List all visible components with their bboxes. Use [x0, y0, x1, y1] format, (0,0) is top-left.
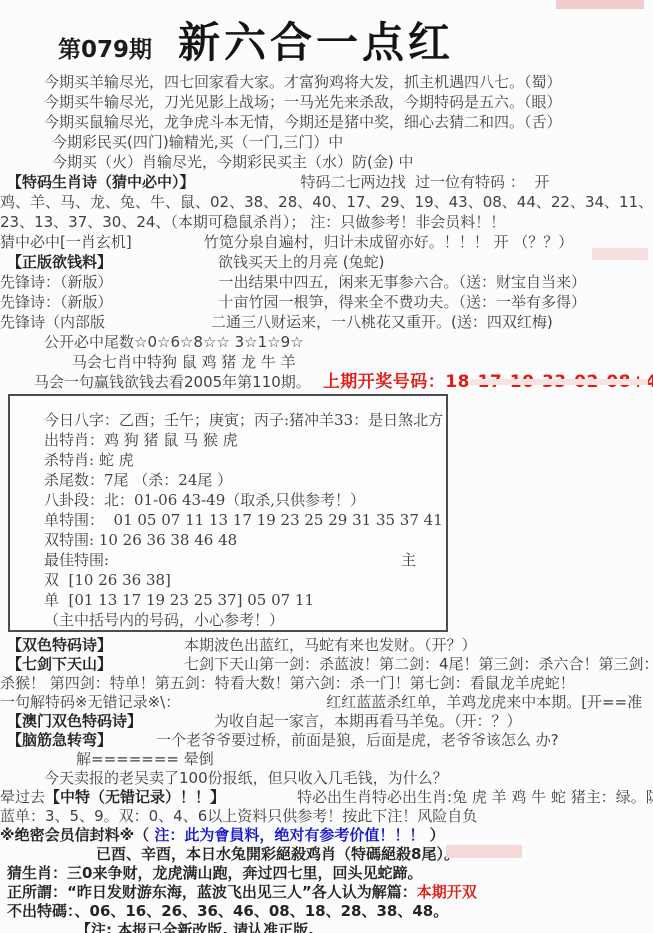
text-segment: 杀猴！ 第四剑：特单！第五剑：特看大数！第六剑：杀一门！第七剑：看鼠龙羊虎蛇！: [0, 674, 575, 692]
text-segment: 一出结果中四五，闲来无事参六合。（送：财宝自当来）: [219, 273, 587, 291]
seven-swords-header: 【七剑下天山】七剑下天山第一剑：杀蓝波！第二剑：4尾！第三剑：杀六合！第三剑：: [0, 655, 653, 674]
edition-note-line: 【注: 本报已全新改版, 请认准正版,: [0, 921, 653, 933]
text-segment: 今天卖报的老吴卖了100份报纸，但只收入几毛钱，为什么？: [44, 769, 448, 787]
kill-tail-number: 杀尾数：7尾 （杀：24尾 ）: [44, 470, 446, 490]
text-segment: 红红蓝蓝杀红单，羊鸡龙虎来中本期。[开==准: [326, 693, 642, 711]
text-segment: 特码二七两边找 过一位有特码 ： 开: [301, 173, 550, 191]
best-special-range: 最佳特围:主: [44, 550, 446, 570]
text-segment: 一个老爷爷要过桥，前面是狼，后面是虎，老爷爷该怎么 办?: [156, 731, 559, 749]
main-marker: 主: [401, 550, 416, 570]
vanguard-poem-3: 先锋诗（内部版二通三八财运来，一八桃花又重开。(送：四双红梅): [0, 312, 653, 332]
this-issue-even: 本期开双: [417, 883, 477, 901]
text-segment: 八卦段：北：01-06 43-49（取杀,只供参考！）: [44, 491, 365, 509]
so-called-line: 正所謂：“昨日发财游东海，蓝波飞出见三人”各人认为解篇：本期开双: [0, 883, 653, 902]
element-tip-line: 今期买（火）肖输尽光，今期彩民买主（水）防(金) 中: [0, 152, 653, 172]
text-segment: 猜中必中[一肖玄机]: [0, 233, 132, 251]
text-segment: 先锋诗（内部版: [0, 313, 105, 331]
kill-rooster-line: 已酉、辛酉，本日水兔開彩絕殺鸡肖（特碼絕殺8尾）。: [0, 845, 653, 864]
brain-teaser-header: 【脑筋急转弯】一个老爷爷要过桥，前面是狼，后面是虎，老爷爷该怎么 办?: [0, 731, 653, 750]
seven-swords-continued: 杀猴！ 第四剑：特单！第五剑：特看大数！第六剑：杀一门！第七剑：看鼠龙羊虎蛇！: [0, 674, 653, 693]
one-zodiac-mystery-line: 猜中必中[一肖玄机]竹笕分泉自遍村，归计未成留亦好。！！！ 开 （？？）: [0, 232, 653, 252]
text-segment: 今期买（火）肖输尽光，今期彩民买主（水）防(金) 中: [52, 153, 413, 171]
text-segment: 23、13、37、30、24、（本期可稳鼠杀肖）； 注：只做参考！非会员料！！: [0, 213, 505, 231]
odd-pick-line: 单 [01 13 17 19 23 25 37] 05 07 11: [44, 590, 446, 610]
text-segment: 蓝单：3、5、9。双：0、4、6以上资料只供参考！按此下注！风险自负: [0, 807, 477, 825]
special-zodiac-poem-header: 【特码生肖诗（猜中必中）】特码二七两边找 过一位有特码 ： 开: [0, 172, 653, 192]
text-segment: 双特围: 10 26 36 38 46 48: [44, 531, 237, 549]
text-segment: 鸡、羊、马、龙、兔、牛、鼠、02、38、28、40、17、29、19、43、08…: [0, 193, 653, 211]
text-segment: 二通三八财运来，一八桃花又重开。(送：四双红梅): [211, 313, 553, 331]
text-segment: 杀特肖: 蛇 虎: [44, 451, 134, 469]
box-note-line: （主中括号内的号码，小心参考！）: [44, 610, 446, 630]
money-poem-header: 【正版欲钱料】欲钱买天上的月亮 (兔蛇): [0, 252, 653, 272]
text-segment: 双 [10 26 36 38]: [44, 571, 171, 589]
bazi-line: 今日八字：乙酉；壬午；庚寅；丙子:猪冲羊33：是日煞北方: [44, 410, 446, 430]
text-segment: 马会七肖中特狗 鼠 鸡 猪 龙 牛 羊: [72, 353, 296, 371]
issue-number: 第079期: [58, 31, 152, 64]
text-segment: 不出特碼：、06、16、26、36、46、08、18、28、38、48。: [7, 902, 448, 920]
text-segment: ※绝密会员信封料※（: [0, 826, 154, 844]
text-segment: 【正版欲钱料】: [7, 253, 112, 271]
text-segment: 【中特（无错记录）！！】: [45, 788, 225, 806]
zodiac-number-list-1: 鸡、羊、马、龙、兔、牛、鼠、02、38、28、40、17、29、19、43、08…: [0, 192, 653, 212]
brain-teaser-answer: 解======= 晕倒: [0, 750, 653, 769]
text-segment: 今日八字：乙酉；壬午；庚寅；丙子:猪冲羊33：是日煞北方: [44, 411, 443, 429]
bagua-segment: 八卦段：北：01-06 43-49（取杀,只供参考！）: [44, 490, 446, 510]
bottom-section: 【双色特码诗】本期波色出蓝红，马蛇有来也发财。（开？）【七剑下天山】七剑下天山第…: [0, 636, 653, 933]
text-segment: （主中括号内的号码，小心参考！）: [44, 611, 284, 629]
zodiac-loss-poem-3: 今期买鼠输尽光，龙争虎斗本无情，今期还是猪中奖，细心去猜二和四。（舌）: [0, 112, 653, 132]
text-segment: 解======= 晕倒: [76, 750, 214, 768]
bazi-info-box: 今日八字：乙酉；壬午；庚寅；丙子:猪冲羊33：是日煞北方出特肖：鸡 狗 猪 鼠 …: [8, 394, 448, 632]
lottery-tip-sheet: 第079期 新六合一点红 今期买羊输尽光，四七回家看大家。才富狗鸡将大发，抓主机…: [0, 0, 653, 933]
text-segment: 出特肖：鸡 狗 猪 鼠 马 猴 虎: [44, 431, 238, 449]
text-segment: 公开必中尾数☆0☆6☆8☆☆ 3☆1☆9☆: [44, 333, 304, 351]
text-segment: 单 [01 13 17 19 23 25 37] 05 07 11: [44, 591, 314, 609]
text-segment: 先锋诗：（新版）: [0, 293, 113, 311]
macau-two-color-poem: 【澳门双色特码诗】为收自起一家言，本期再看马羊兔。（开：？）: [0, 712, 653, 731]
odd-special-range: 单特围： 01 05 07 11 13 17 19 23 25 29 31 35…: [44, 510, 446, 530]
seven-zodiac-line: 马会七肖中特狗 鼠 鸡 猪 龙 牛 羊: [0, 352, 653, 372]
top-section: 今期买羊输尽光，四七回家看大家。才富狗鸡将大发，抓主机遇四八七。（蜀）今期买牛输…: [0, 72, 653, 392]
text-segment: 七剑下天山第一剑：杀蓝波！第二剑：4尾！第三剑：杀六合！第三剑：: [184, 655, 653, 673]
text-segment: 特必出生肖特必出生肖:兔 虎 羊 鸡 牛 蛇 猪主：绿。防: [297, 788, 653, 806]
text-segment: 【澳门双色特码诗】: [7, 712, 142, 730]
text-segment: 今期买鼠输尽光，龙争虎斗本无情，今期还是猪中奖，细心去猜二和四。（舌）: [44, 113, 562, 131]
masthead: 第079期 新六合一点红: [0, 0, 653, 72]
text-segment: 【七剑下天山】: [7, 655, 112, 673]
zodiac-loss-poem-1: 今期买羊输尽光，四七回家看大家。才富狗鸡将大发，抓主机遇四八七。（蜀）: [0, 72, 653, 92]
text-segment: 【双色特码诗】: [7, 636, 112, 654]
text-segment: 杀尾数：7尾 （杀：24尾 ）: [44, 471, 232, 489]
out-special-zodiac: 出特肖：鸡 狗 猪 鼠 马 猴 虎: [44, 430, 446, 450]
text-segment: 先锋诗：（新版）: [0, 273, 113, 291]
even-special-range: 双特围: 10 26 36 38 46 48: [44, 530, 446, 550]
text-segment: 晕过去: [0, 788, 45, 806]
text-segment: 【注: 本报已全新改版, 请认准正版,: [76, 921, 314, 933]
member-note-blue: 注：此为會員料，绝对有参考价值！！！: [154, 826, 424, 844]
text-segment: 欲钱买天上的月亮 (兔蛇): [218, 253, 384, 271]
vanguard-poem-1: 先锋诗：（新版）一出结果中四五，闲来无事参六合。（送：财宝自当来）: [0, 272, 653, 292]
kill-special-zodiac: 杀特肖: 蛇 虎: [44, 450, 446, 470]
text-segment: 竹笕分泉自遍村，归计未成留亦好。！！！ 开 （？？）: [204, 233, 574, 251]
text-segment: 十亩竹园一根笋，得来全不费功夫。（送：一举有多得）: [219, 293, 587, 311]
text-segment: ）: [424, 826, 444, 844]
one-sentence-solution: 一句解特码※无错记录※\：红红蓝蓝杀红单，羊鸡龙虎来中本期。[开==准: [0, 693, 653, 712]
last-draw-line: 马会一句赢钱欲钱去看2005年第110期。上期开奖号码：18-17-10-33-…: [0, 372, 653, 392]
door-tip-line: 今期彩民买(四门)输精光,买（一门,三门）中: [0, 132, 653, 152]
vanguard-poem-2: 先锋诗：（新版）十亩竹园一根笋，得来全不费功夫。（送：一举有多得）: [0, 292, 653, 312]
text-segment: 正所謂：“昨日发财游东海，蓝波飞出见三人”各人认为解篇：: [7, 883, 417, 901]
guess-zodiac-line: 猜生肖：三0来争财，龙虎满山跑，奔过四七里，回头见蛇蹄。: [0, 864, 653, 883]
blue-odd-line: 蓝单：3、5、9。双：0、4、6以上资料只供参考！按此下注！风险自负: [0, 807, 653, 826]
zodiac-number-list-2: 23、13、37、30、24、（本期可稳鼠杀肖）； 注：只做参考！非会员料！！: [0, 212, 653, 232]
excluded-numbers-line: 不出特碼：、06、16、26、36、46、08、18、28、38、48。: [0, 902, 653, 921]
zodiac-loss-poem-2: 今期买牛输尽光，刀光见影上战场；一马光先来杀敌，今期特码是五六。（眼）: [0, 92, 653, 112]
text-segment: 一句解特码※无错记录※\：: [0, 693, 180, 711]
two-color-poem: 【双色特码诗】本期波色出蓝红，马蛇有来也发财。（开？）: [0, 636, 653, 655]
text-segment: 今期彩民买(四门)输精光,买（一门,三门）中: [52, 133, 343, 151]
text-segment: 已酉、辛酉，本日水兔開彩絕殺鸡肖（特碼絕殺8尾）。: [96, 845, 459, 863]
text-segment: 今期买牛输尽光，刀光见影上战场；一马光先来杀敌，今期特码是五六。（眼）: [44, 93, 562, 111]
public-tail-numbers: 公开必中尾数☆0☆6☆8☆☆ 3☆1☆9☆: [0, 332, 653, 352]
text-segment: 猜生肖：三0来争财，龙虎满山跑，奔过四七里，回头见蛇蹄。: [7, 864, 422, 882]
page-title: 新六合一点红: [178, 10, 454, 70]
brain-teaser-question-2: 今天卖报的老吴卖了100份报纸，但只收入几毛钱，为什么？: [0, 769, 653, 788]
text-segment: 单特围： 01 05 07 11 13 17 19 23 25 29 31 35…: [44, 511, 446, 529]
text-segment: 今期买羊输尽光，四七回家看大家。才富狗鸡将大发，抓主机遇四八七。（蜀）: [44, 73, 562, 91]
mid-special-line: 晕过去【中特（无错记录）！！】特必出生肖特必出生肖:兔 虎 羊 鸡 牛 蛇 猪主…: [0, 788, 653, 807]
text-segment: 【脑筋急转弯】: [7, 731, 112, 749]
text-segment: 马会一句赢钱欲钱去看2005年第110期。: [34, 373, 311, 391]
text-segment: 本期波色出蓝红，马蛇有来也发财。（开？）: [184, 636, 477, 654]
last-draw-numbers: 上期开奖号码：18-17-10-33-02-08+46: [323, 372, 653, 392]
member-envelope-line: ※绝密会员信封料※（ 注：此为會員料，绝对有参考价值！！！ ）: [0, 826, 653, 845]
text-segment: 最佳特围:: [44, 550, 109, 570]
text-segment: 【特码生肖诗（猜中必中）】: [7, 173, 195, 191]
even-pick-line: 双 [10 26 36 38]: [44, 570, 446, 590]
text-segment: 为收自起一家言，本期再看马羊兔。（开：？）: [214, 712, 522, 730]
